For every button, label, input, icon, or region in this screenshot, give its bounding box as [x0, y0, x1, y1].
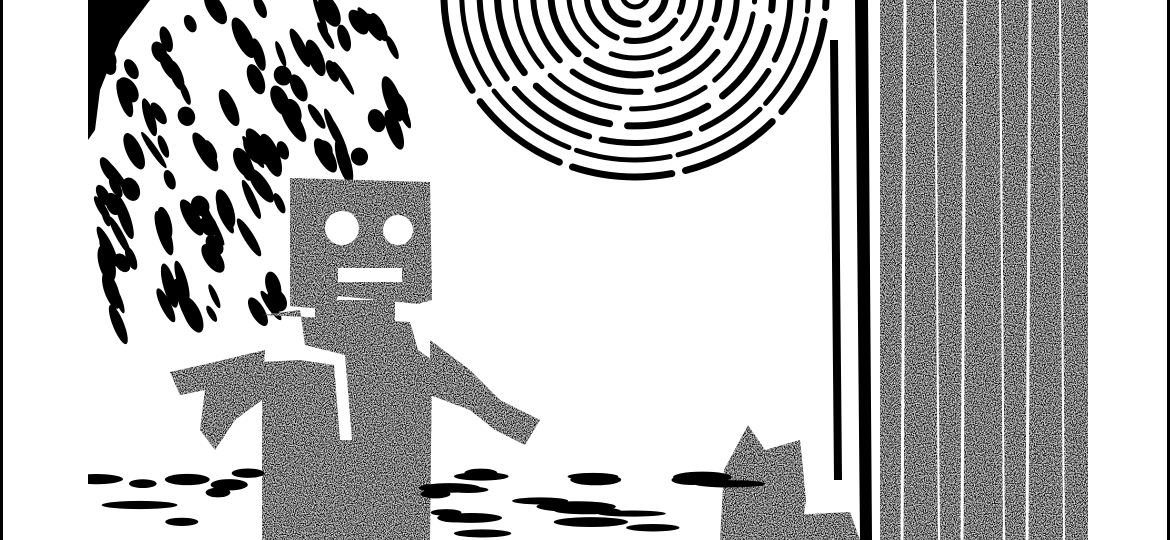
robot-right-eye: [383, 215, 413, 245]
robot-left-eye: [325, 211, 359, 245]
concentric-swirl: [444, 0, 826, 177]
robot-head: [290, 178, 432, 310]
artwork-frame: [0, 0, 1170, 540]
robot-mouth: [338, 268, 402, 282]
linocut-print: [0, 0, 1170, 540]
striated-dark-panel: [830, 0, 1088, 540]
robot-body: [262, 300, 432, 540]
